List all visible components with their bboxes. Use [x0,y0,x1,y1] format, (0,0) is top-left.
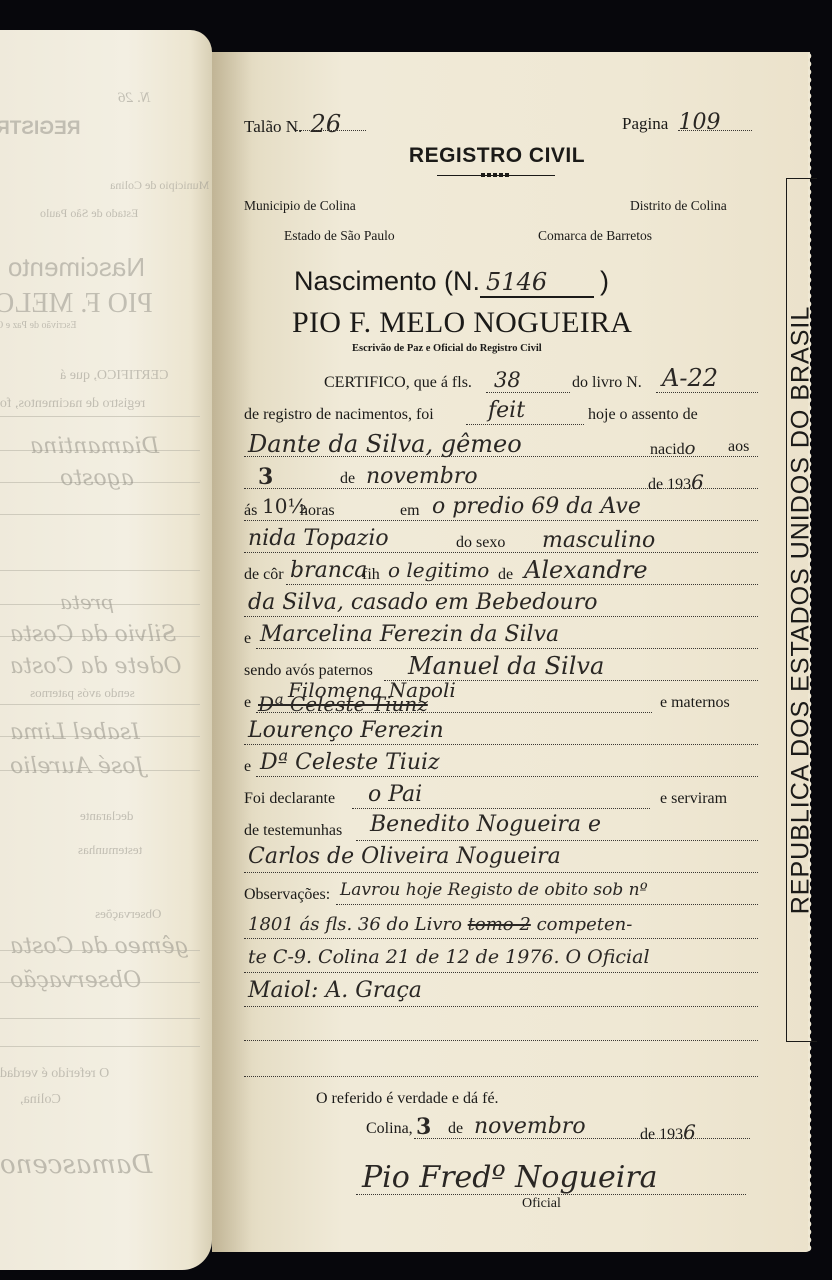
obs-line-2 [244,938,758,939]
obs-line-4 [244,1006,758,1007]
closing-year-prefix: de 193 [640,1126,683,1143]
obs-2-struck: tomo 2 [468,914,531,935]
certifico-label: CERTIFICO, que á fls. [324,374,472,392]
witness-2: Carlos de Oliveira Nogueira [248,844,561,869]
ghost-declarante: declarante [80,808,133,824]
ghost-rule [0,1046,200,1047]
ghost-handwriting: gêmeo da Costa [10,934,189,959]
officer-signature: Pio Fredº Nogueira [362,1160,658,1195]
birth-month: novembro [366,464,478,489]
livro-value: A-22 [662,364,718,392]
ghost-talao: N. 26 [118,90,151,107]
maternal-grandmother: Dª Celeste Tiuiz [260,750,440,775]
side-stamp-text: REPUBLICA DOS ESTADOS UNIDOS DO BRASIL [787,306,816,915]
ghost-title: REGISTR [0,118,80,140]
ghost-rule [0,950,200,951]
birth-place-1: o predio 69 da Ave [432,494,641,519]
ghost-registro: registro de nacimentos, foi [0,396,145,412]
ghost-testemunhas: testemunhas [78,842,142,858]
ghost-handwriting: agosto [60,466,134,491]
avo-paterna-e-label: e [244,694,251,712]
ghost-certifico: CERTIFICO, que á [60,368,168,384]
horas-label: horas [300,502,335,520]
ghost-rule [0,704,200,705]
birth-year-label: de 1936 [648,470,704,494]
officer-title: Escrivão de Paz e Oficial do Registro Ci… [352,343,542,354]
testemunhas-line [356,840,758,841]
filho-label: fih [362,566,380,584]
as-label: ás [244,502,257,520]
hour-line [244,520,758,521]
pagina-dotted-line [678,130,752,131]
closing-day: 3 [416,1114,431,1140]
declarante-value: o Pai [368,782,422,807]
obs-text-1: Lavrou hoje Registo de obito sob nº [340,880,648,900]
ghost-colina: Colina, [20,1092,61,1108]
avo-materna-line [256,776,758,777]
pai-de-label: de [498,566,513,584]
cor-label: de côr [244,566,284,584]
colina-label: Colina, [366,1120,413,1138]
closing-year-suffix: 6 [683,1120,696,1144]
mother-e-label: e [244,630,251,648]
ghost-verdade: O referido é verdad [0,1066,109,1082]
page-gutter-shadow [212,52,252,1252]
obs-line-5 [244,1040,758,1041]
foi-value: feit [488,398,525,423]
serviram-label: e serviram [660,790,727,808]
ghost-rule [0,514,200,515]
ghost-rule [0,570,200,571]
ghost-officer: PIO F. MELO [0,288,153,320]
ghost-escrivao: Escrivão de Paz e O [0,320,77,331]
talao-label: Talão N. [244,117,302,136]
oficial-label: Oficial [522,1196,561,1212]
ghost-handwriting: José Aurelio [10,754,144,779]
closing-month: novembro [474,1114,586,1139]
facing-page: N. 26 REGISTR Municipio de Colina Estado… [0,30,212,1270]
talao-dotted-line [296,130,366,131]
birth-de-label: de [340,470,355,488]
nascimento-heading: Nascimento (N.5146) [294,266,609,298]
witness-1: Benedito Nogueira e [370,812,601,837]
maternal-grandfather: Lourenço Ferezin [248,718,444,743]
paternal-grandfather: Manuel da Silva [408,652,604,680]
livro-label: do livro N. [572,374,642,392]
document-title: REGISTRO CIVIL [212,144,782,168]
pagina-field: Pagina 109 [622,110,721,135]
father-line [244,616,758,617]
ghost-handwriting: Diamantina [30,434,159,459]
year-suffix: 6 [691,470,704,494]
declarante-line [352,808,650,809]
observacoes-label: Observações: [244,886,330,904]
obs-line-1 [336,904,758,905]
talao-value: 26 [311,110,342,138]
witness-2-line [244,872,758,873]
municipio-text: Municipio de Colina [244,198,356,214]
estado-text: Estado de São Paulo [284,228,395,244]
foi-line [466,424,584,425]
nascimento-close: ) [600,266,609,296]
obs-line-6 [244,1076,758,1077]
closing-year: de 1936 [640,1120,696,1144]
birth-place-2: nida Topazio [248,526,389,551]
filho-value: o legitimo [388,558,489,582]
ghost-nascimento: Nascimento ( [0,252,145,283]
ghost-municipio: Municipio de Colina [110,178,209,193]
em-label: em [400,502,420,520]
ghost-avos: sendo avós paternos [30,685,135,701]
comarca-text: Comarca de Barretos [538,228,652,244]
talao-field: Talão N. 26 [244,110,341,138]
ghost-rule [0,982,200,983]
nascimento-label: Nascimento (N. [294,266,480,296]
mother-line [256,648,758,649]
avo-materno-line [244,744,758,745]
ghost-handwriting: Isabel Lima [10,720,140,745]
obs-text-4: Maiol: A. Graça [248,978,422,1003]
birth-day: 3 [258,464,273,490]
scanned-document-scene: N. 26 REGISTR Municipio de Colina Estado… [0,0,832,1280]
father-name-1: Alexandre [524,556,648,584]
obs-2-start: 1801 ás fls. 36 do Livro [248,914,462,935]
registro-label: de registro de nacimentos, foi [244,406,434,424]
pagina-value: 109 [679,110,721,135]
ghost-estado: Estado de São Paulo [40,206,138,221]
title-ornament [437,175,555,176]
fls-value: 38 [494,368,521,392]
ghost-handwriting: Odete da Costa [10,654,182,679]
obs-text-2: 1801 ás fls. 36 do Livro tomo 2 competen… [248,914,632,935]
nacido-label: nacido [650,438,696,459]
officer-name: PIO F. MELO NOGUEIRA [292,306,632,340]
sexo-line [244,552,758,553]
pagina-label: Pagina [622,114,668,133]
year-prefix: de 193 [648,476,691,493]
ghost-signature: Damasceno [0,1150,152,1180]
mother-name: Marcelina Ferezin da Silva [260,622,559,647]
certificate-page: Talão N. 26 Pagina 109 REGISTRO CIVIL Mu… [212,52,810,1252]
testemunhas-label: de testemunhas [244,822,342,840]
distrito-text: Distrito de Colina [630,198,727,214]
obs-line-3 [244,972,758,973]
avo-materna-e-label: e [244,758,251,776]
cor-value: branca [290,558,367,583]
nacido-text: nacid [650,441,685,458]
ghost-handwriting: Silvio da Costa [10,622,176,647]
verdade-text: O referido é verdade e dá fé. [316,1090,499,1108]
paternal-grandmother-struck: Dª Celeste Tiunz [258,692,428,716]
ghost-handwriting: preta [60,590,114,614]
maternos-label: e maternos [660,694,730,712]
aos-label: aos [728,438,749,456]
ghost-handwriting: Observação [10,968,141,993]
ghost-observacoes: Observações [95,906,161,922]
child-name: Dante da Silva, gêmeo [248,430,522,458]
father-name-2: da Silva, casado em Bebedouro [248,590,597,615]
cor-line [286,584,758,585]
fls-line [486,392,570,393]
obs-text-3: te C-9. Colina 21 de 12 de 1976. O Ofici… [248,946,650,968]
closing-de-label: de [448,1120,463,1138]
declarante-label: Foi declarante [244,790,335,808]
livro-line [656,392,758,393]
assento-label: hoje o assento de [588,406,698,424]
ghost-rule [0,416,200,417]
nascimento-number: 5146 [480,268,594,298]
nacido-suffix: o [685,438,696,459]
sexo-label: do sexo [456,534,505,552]
sexo-value: masculino [542,528,655,553]
obs-2-end: competen- [537,914,633,935]
ghost-rule [0,1018,200,1019]
